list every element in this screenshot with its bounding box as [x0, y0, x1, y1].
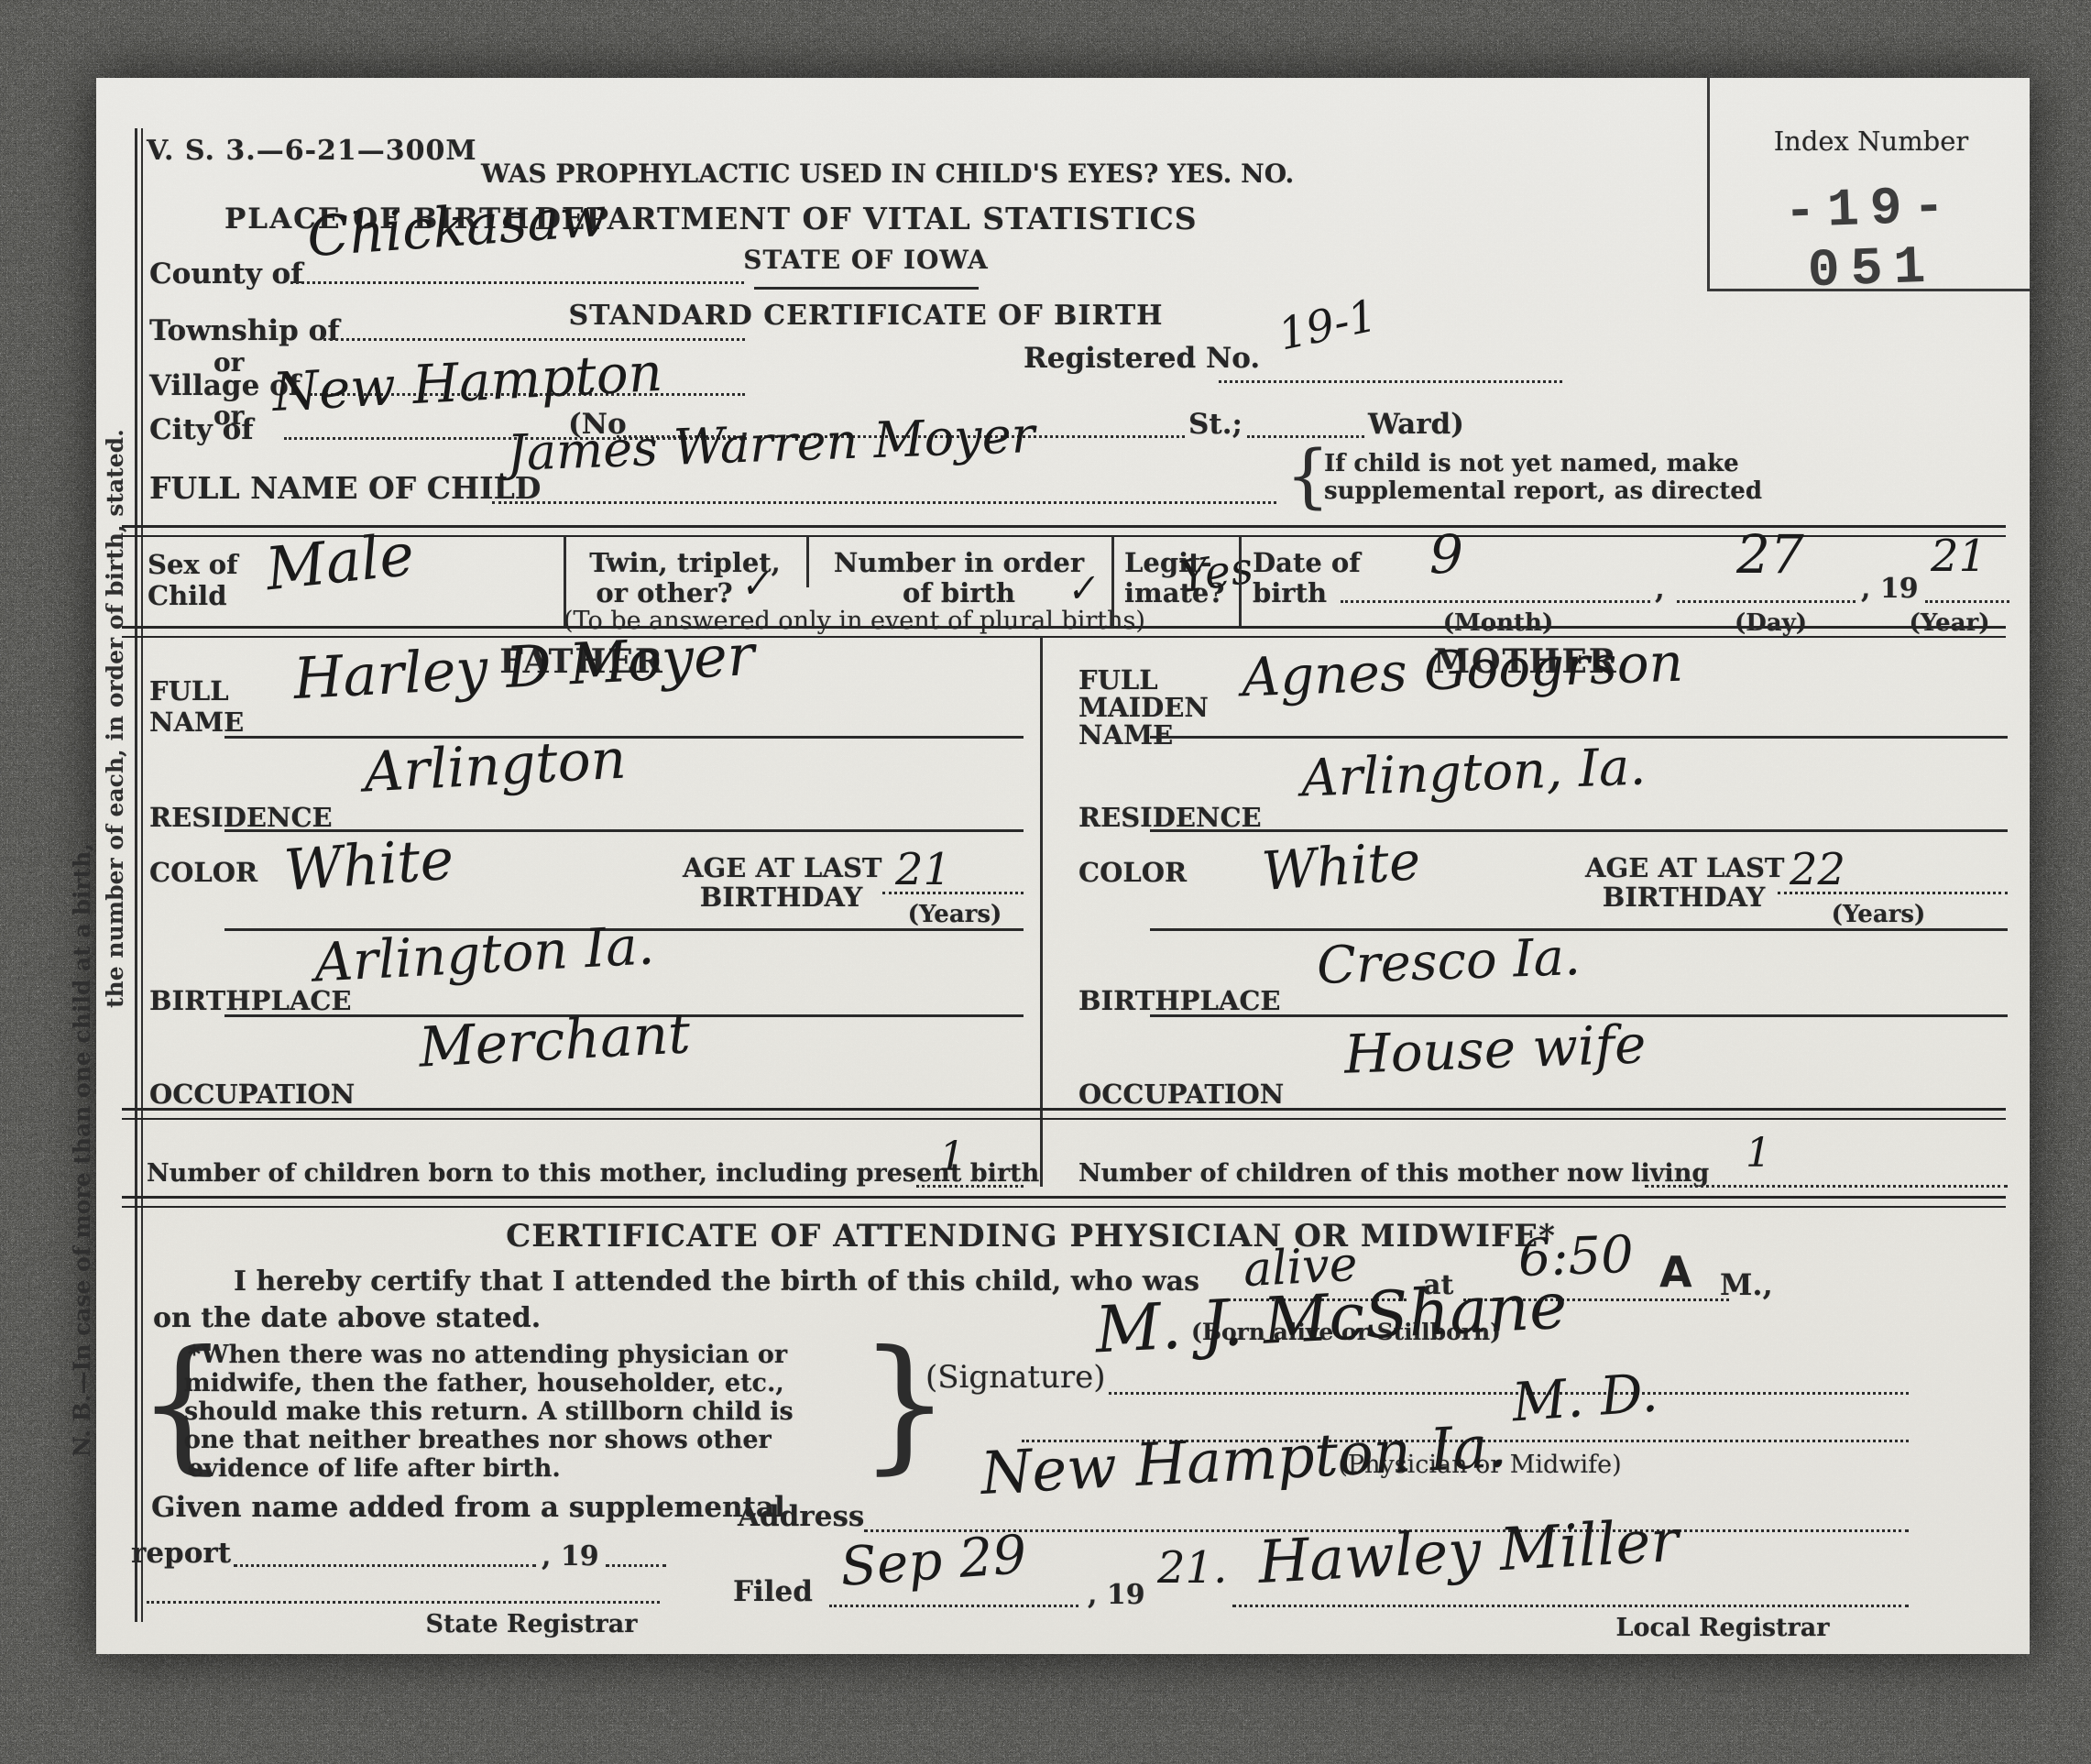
mother-name-label-2: MAIDEN [1078, 692, 1209, 723]
physician-note-line-1: *When there was no attending physician o… [188, 1341, 787, 1369]
father-children-line [916, 1185, 1024, 1188]
signature-label: (Signature) [925, 1359, 1106, 1396]
father-name-label-1: FULL [149, 675, 229, 707]
certificate-title: STANDARD CERTIFICATE OF BIRTH [518, 300, 1214, 332]
state-registrar-line [147, 1601, 660, 1604]
physician-note-line-2: midwife, then the father, householder, e… [184, 1369, 784, 1397]
section-rule-2 [122, 626, 2006, 638]
address-label: Address [738, 1500, 864, 1533]
mother-age-line [1778, 892, 2008, 894]
mother-birthplace-value: Cresco Ia. [1316, 927, 1582, 996]
mother-name-line [1150, 736, 2008, 739]
section-rule-3 [122, 1196, 2006, 1208]
mother-age-label-1: AGE AT LAST [1585, 852, 1782, 883]
mother-residence-label: RESIDENCE [1078, 802, 1262, 833]
physician-section-title: CERTIFICATE OF ATTENDING PHYSICIAN OR MI… [371, 1218, 1691, 1255]
twin-label-line-1: Twin, triplet, [564, 547, 806, 578]
index-number-label: Index Number [1710, 126, 2032, 157]
father-age-line [882, 892, 1024, 894]
meridian-label: M., [1720, 1267, 1773, 1302]
physician-note-line-4: one that neither breathes nor shows othe… [184, 1426, 772, 1454]
prophylactic-question: WAS PROPHYLACTIC USED IN CHILD'S EYES? Y… [481, 159, 1141, 189]
father-years-caption: (Years) [886, 901, 1024, 928]
dob-day-value: 27 [1736, 523, 1804, 586]
filed-year-value: 21. [1157, 1542, 1227, 1594]
mother-children-value: 1 [1746, 1130, 1771, 1177]
street-ward-label: Ward) [1368, 408, 1464, 441]
mother-birthplace-label: BIRTHPLACE [1078, 985, 1281, 1016]
order-mark: ✓ [1063, 566, 1100, 612]
given-name-note: Given name added from a supplemental [151, 1491, 785, 1524]
state-heading: STATE OF IOWA [518, 245, 1214, 275]
report-year-prefix: , 19 [542, 1540, 599, 1572]
child-name-line [492, 501, 1276, 504]
parent-column-divider [1040, 637, 1043, 1187]
filed-line-dots-2 [1232, 1605, 1909, 1607]
sex-label-line-1: Sex of [148, 549, 238, 580]
father-color-value: White [282, 826, 456, 904]
mother-occupation-label: OCCUPATION [1078, 1079, 1284, 1110]
father-occupation-label: OCCUPATION [149, 1079, 355, 1110]
county-line [290, 281, 744, 284]
cell-divider-3 [1111, 536, 1114, 628]
mother-name-label-1: FULL [1078, 664, 1158, 696]
dob-label-line-2: birth [1253, 577, 1327, 608]
physician-note-line-3: should make this return. A stillborn chi… [184, 1397, 794, 1426]
state-heading-rule [754, 287, 979, 290]
father-occupation-value: Merchant [417, 1002, 692, 1079]
dob-day-line [1677, 600, 1856, 603]
mother-occupation-value: House wife [1343, 1013, 1648, 1085]
physician-note-line-5: evidence of life after birth. [188, 1454, 561, 1483]
filed-year-prefix: , 19 [1088, 1579, 1145, 1611]
report-line-dots-2 [606, 1564, 666, 1567]
father-color-label: COLOR [149, 857, 257, 888]
report-line-dots-1 [234, 1564, 536, 1567]
father-residence-label: RESIDENCE [149, 802, 333, 833]
father-age-label-2: BIRTHDAY [683, 882, 880, 913]
unnamed-note-line-1: If child is not yet named, make [1324, 450, 1739, 477]
father-residence-line [224, 829, 1024, 832]
mother-age-label-2: BIRTHDAY [1585, 882, 1782, 913]
street-st-label: St.; [1188, 408, 1243, 441]
father-children-label: Number of children born to this mother, … [147, 1159, 1039, 1188]
department-heading: DEPARTMENT OF VITAL STATISTICS [518, 201, 1214, 236]
address-value: New Hampton Ia. [979, 1413, 1507, 1508]
index-number-box: Index Number -19- 051 [1707, 78, 2032, 291]
sex-value: Male [263, 521, 418, 605]
father-children-value: 1 [939, 1134, 965, 1180]
mother-years-caption: (Years) [1796, 901, 1961, 928]
father-birthplace-value: Arlington Ia. [312, 914, 655, 993]
mother-color-value: White [1260, 829, 1422, 903]
mother-age-value: 22 [1790, 844, 1845, 895]
twin-mark: ✓ [737, 562, 773, 608]
mother-residence-value: Arlington, Ia. [1300, 737, 1647, 808]
mother-children-label: Number of children of this mother now li… [1078, 1159, 1709, 1188]
dob-month-line [1341, 600, 1650, 603]
father-name-label-2: NAME [149, 707, 244, 738]
registered-no-label: Registered No. [1024, 342, 1260, 375]
unnamed-note-line-2: supplemental report, as directed [1324, 477, 1762, 505]
filed-date-value: Sep 29 [838, 1523, 1029, 1598]
city-label: City of [149, 413, 254, 446]
dob-year-prefix: , 19 [1861, 573, 1919, 605]
father-age-value: 21 [895, 844, 951, 895]
note-brace-right: } [859, 1331, 951, 1476]
township-line [323, 338, 745, 341]
report-label: report [131, 1537, 231, 1570]
legitimate-value: Yes [1176, 542, 1256, 604]
township-label: Township of [149, 314, 340, 347]
side-note-line-1: N. B.—In case of more than one child at … [69, 843, 95, 1457]
county-label: County of [149, 257, 303, 290]
dob-year-value: 21 [1931, 531, 1987, 582]
dob-label-line-1: Date of [1253, 547, 1361, 578]
twin-label-line-2: or other? [564, 577, 765, 608]
child-name-label: FULL NAME OF CHILD [149, 470, 541, 506]
degree-value: M. D. [1510, 1362, 1659, 1434]
side-note-line-2: the number of each, in order of birth, s… [102, 429, 128, 1008]
occupation-rule [122, 1108, 2006, 1120]
local-registrar-signature: Hawley Miller [1256, 1507, 1680, 1597]
signature-line [1109, 1392, 1909, 1395]
father-residence-value: Arlington [362, 728, 628, 805]
am-mark: A [1659, 1247, 1692, 1297]
registered-no-value: 19-1 [1274, 290, 1381, 360]
filed-line-dots-1 [829, 1605, 1078, 1607]
dob-month-value: 9 [1429, 523, 1463, 586]
mother-residence-line [1150, 829, 2008, 832]
dob-comma-1: , [1655, 573, 1665, 606]
father-age-label-1: AGE AT LAST [683, 852, 880, 883]
mother-children-line [1645, 1185, 2008, 1188]
cell-divider-4 [1239, 536, 1242, 628]
state-registrar-label: State Registrar [399, 1610, 664, 1638]
dob-year-line [1925, 600, 2009, 603]
sex-label-line-2: Child [148, 580, 226, 611]
certificate-paper: N. B.—In case of more than one child at … [96, 78, 2030, 1654]
mother-name-label-3: NAME [1078, 719, 1173, 751]
mother-color-label: COLOR [1078, 857, 1187, 888]
index-number-stamp: -19- 051 [1708, 175, 2034, 305]
filed-label: Filed [733, 1575, 813, 1608]
certify-line-1: I hereby certify that I attended the bir… [234, 1265, 1199, 1298]
local-registrar-label: Local Registrar [1562, 1614, 1883, 1642]
scanned-birth-certificate: N. B.—In case of more than one child at … [0, 0, 2091, 1764]
form-number: V. S. 3.—6-21—300M [147, 135, 477, 167]
registered-no-line [1219, 380, 1562, 383]
